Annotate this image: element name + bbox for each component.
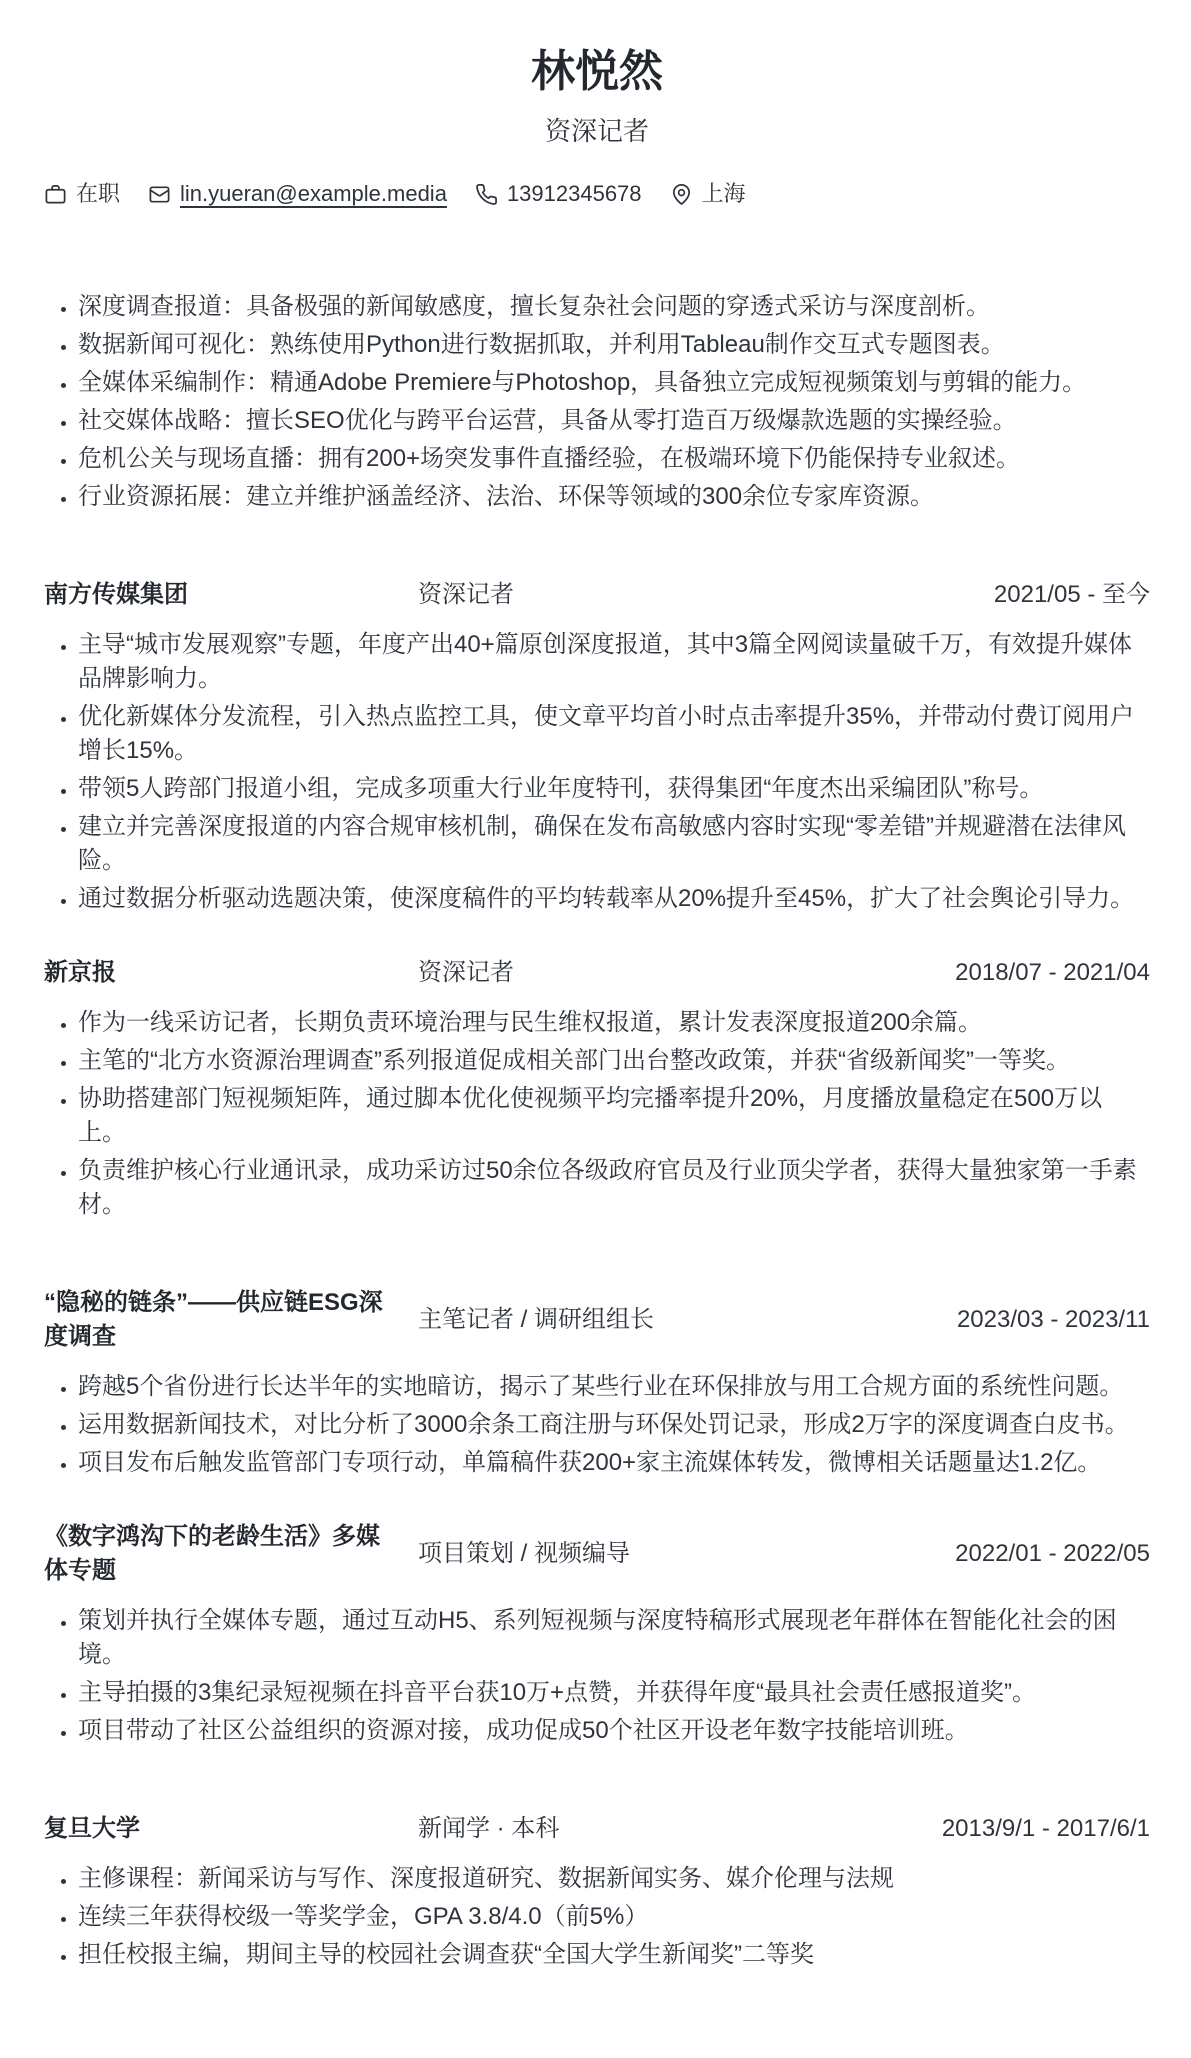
- project-entry: “隐秘的链条”——供应链ESG深度调查 主笔记者 / 调研组组长 2023/03…: [44, 1286, 1150, 1480]
- role-label: 资深记者: [400, 578, 994, 612]
- project-name: “隐秘的链条”——供应链ESG深度调查: [44, 1286, 400, 1354]
- phone-icon: [475, 183, 498, 206]
- education-entry: 复旦大学 新闻学 · 本科 2013/9/1 - 2017/6/1 主修课程：新…: [44, 1812, 1150, 1972]
- experience-bullets: 作为一线采访记者，长期负责环境治理与民生维权报道，累计发表深度报道200余篇。 …: [44, 1006, 1150, 1222]
- date-range: 2023/03 - 2023/11: [957, 1303, 1150, 1337]
- date-range: 2022/01 - 2022/05: [955, 1537, 1150, 1571]
- bullet-item: 建立并完善深度报道的内容合规审核机制，确保在发布高敏感内容时实现“零差错”并规避…: [78, 810, 1150, 878]
- entry-header: 《数字鸿沟下的老龄生活》多媒体专题 项目策划 / 视频编导 2022/01 - …: [44, 1520, 1150, 1588]
- employment-status: 在职: [44, 180, 120, 208]
- email-text: lin.yueran@example.media: [180, 180, 447, 208]
- candidate-job-title: 资深记者: [44, 114, 1150, 148]
- bullet-item: 连续三年获得校级一等奖学金，GPA 3.8/4.0（前5%）: [78, 1900, 1150, 1934]
- experience-entry: 南方传媒集团 资深记者 2021/05 - 至今 主导“城市发展观察”专题，年度…: [44, 578, 1150, 916]
- experience-section: 南方传媒集团 资深记者 2021/05 - 至今 主导“城市发展观察”专题，年度…: [44, 578, 1150, 1222]
- briefcase-icon: [44, 183, 67, 206]
- role-label: 项目策划 / 视频编导: [400, 1537, 955, 1571]
- bullet-item: 深度调查报道：具备极强的新闻敏感度，擅长复杂社会问题的穿透式采访与深度剖析。: [78, 290, 1150, 324]
- school-name: 复旦大学: [44, 1812, 400, 1846]
- bullet-item: 数据新闻可视化：熟练使用Python进行数据抓取，并利用Tableau制作交互式…: [78, 328, 1150, 362]
- bullet-item: 跨越5个省份进行长达半年的实地暗访，揭示了某些行业在环保排放与用工合规方面的系统…: [78, 1370, 1150, 1404]
- date-range: 2021/05 - 至今: [994, 578, 1150, 612]
- education-section: 复旦大学 新闻学 · 本科 2013/9/1 - 2017/6/1 主修课程：新…: [44, 1812, 1150, 1972]
- date-range: 2013/9/1 - 2017/6/1: [942, 1812, 1150, 1846]
- bullet-item: 项目发布后触发监管部门专项行动，单篇稿件获200+家主流媒体转发，微博相关话题量…: [78, 1446, 1150, 1480]
- bullet-item: 策划并执行全媒体专题，通过互动H5、系列短视频与深度特稿形式展现老年群体在智能化…: [78, 1604, 1150, 1672]
- role-label: 资深记者: [400, 956, 955, 990]
- bullet-item: 主笔的“北方水资源治理调查”系列报道促成相关部门出台整改政策，并获“省级新闻奖”…: [78, 1044, 1150, 1078]
- project-name: 《数字鸿沟下的老龄生活》多媒体专题: [44, 1520, 400, 1588]
- phone-number: 13912345678: [475, 180, 642, 208]
- bullet-item: 协助搭建部门短视频矩阵，通过脚本优化使视频平均完播率提升20%，月度播放量稳定在…: [78, 1082, 1150, 1150]
- contact-row: 在职 lin.yueran@example.media 13912345678: [44, 180, 1150, 208]
- location-text: 上海: [702, 180, 746, 208]
- bullet-item: 运用数据新闻技术，对比分析了3000余条工商注册与环保处罚记录，形成2万字的深度…: [78, 1408, 1150, 1442]
- education-bullets: 主修课程：新闻采访与写作、深度报道研究、数据新闻实务、媒介伦理与法规 连续三年获…: [44, 1862, 1150, 1972]
- candidate-name: 林悦然: [44, 44, 1150, 100]
- date-range: 2018/07 - 2021/04: [955, 956, 1150, 990]
- project-entry: 《数字鸿沟下的老龄生活》多媒体专题 项目策划 / 视频编导 2022/01 - …: [44, 1520, 1150, 1748]
- location: 上海: [670, 180, 746, 208]
- summary-section: 深度调查报道：具备极强的新闻敏感度，擅长复杂社会问题的穿透式采访与深度剖析。 数…: [44, 290, 1150, 514]
- email-link[interactable]: lin.yueran@example.media: [148, 180, 447, 208]
- role-label: 主笔记者 / 调研组组长: [400, 1303, 957, 1337]
- bullet-item: 优化新媒体分发流程，引入热点监控工具，使文章平均首小时点击率提升35%，并带动付…: [78, 700, 1150, 768]
- summary-list: 深度调查报道：具备极强的新闻敏感度，擅长复杂社会问题的穿透式采访与深度剖析。 数…: [44, 290, 1150, 514]
- company-name: 新京报: [44, 956, 400, 990]
- bullet-item: 危机公关与现场直播：拥有200+场突发事件直播经验，在极端环境下仍能保持专业叙述…: [78, 442, 1150, 476]
- bullet-item: 主导“城市发展观察”专题，年度产出40+篇原创深度报道，其中3篇全网阅读量破千万…: [78, 628, 1150, 696]
- entry-header: 南方传媒集团 资深记者 2021/05 - 至今: [44, 578, 1150, 612]
- mail-icon: [148, 183, 171, 206]
- location-pin-icon: [670, 183, 693, 206]
- bullet-item: 全媒体采编制作：精通Adobe Premiere与Photoshop，具备独立完…: [78, 366, 1150, 400]
- project-bullets: 跨越5个省份进行长达半年的实地暗访，揭示了某些行业在环保排放与用工合规方面的系统…: [44, 1370, 1150, 1480]
- projects-section: “隐秘的链条”——供应链ESG深度调查 主笔记者 / 调研组组长 2023/03…: [44, 1286, 1150, 1748]
- bullet-item: 作为一线采访记者，长期负责环境治理与民生维权报道，累计发表深度报道200余篇。: [78, 1006, 1150, 1040]
- bullet-item: 主导拍摄的3集纪录短视频在抖音平台获10万+点赞，并获得年度“最具社会责任感报道…: [78, 1676, 1150, 1710]
- phone-text: 13912345678: [507, 180, 642, 208]
- degree-label: 新闻学 · 本科: [400, 1812, 942, 1846]
- experience-bullets: 主导“城市发展观察”专题，年度产出40+篇原创深度报道，其中3篇全网阅读量破千万…: [44, 628, 1150, 916]
- experience-entry: 新京报 资深记者 2018/07 - 2021/04 作为一线采访记者，长期负责…: [44, 956, 1150, 1222]
- bullet-item: 通过数据分析驱动选题决策，使深度稿件的平均转载率从20%提升至45%，扩大了社会…: [78, 882, 1150, 916]
- entry-header: “隐秘的链条”——供应链ESG深度调查 主笔记者 / 调研组组长 2023/03…: [44, 1286, 1150, 1354]
- entry-header: 复旦大学 新闻学 · 本科 2013/9/1 - 2017/6/1: [44, 1812, 1150, 1846]
- company-name: 南方传媒集团: [44, 578, 400, 612]
- bullet-item: 主修课程：新闻采访与写作、深度报道研究、数据新闻实务、媒介伦理与法规: [78, 1862, 1150, 1896]
- resume-page: 林悦然 资深记者 在职 lin.yueran@example.media: [0, 0, 1191, 2058]
- bullet-item: 带领5人跨部门报道小组，完成多项重大行业年度特刊，获得集团“年度杰出采编团队”称…: [78, 772, 1150, 806]
- resume-header: 林悦然 资深记者 在职 lin.yueran@example.media: [44, 44, 1150, 208]
- project-bullets: 策划并执行全媒体专题，通过互动H5、系列短视频与深度特稿形式展现老年群体在智能化…: [44, 1604, 1150, 1748]
- entry-header: 新京报 资深记者 2018/07 - 2021/04: [44, 956, 1150, 990]
- bullet-item: 行业资源拓展：建立并维护涵盖经济、法治、环保等领域的300余位专家库资源。: [78, 480, 1150, 514]
- bullet-item: 项目带动了社区公益组织的资源对接，成功促成50个社区开设老年数字技能培训班。: [78, 1714, 1150, 1748]
- bullet-item: 担任校报主编，期间主导的校园社会调查获“全国大学生新闻奖”二等奖: [78, 1938, 1150, 1972]
- employment-status-label: 在职: [76, 180, 120, 208]
- bullet-item: 负责维护核心行业通讯录，成功采访过50余位各级政府官员及行业顶尖学者，获得大量独…: [78, 1154, 1150, 1222]
- bullet-item: 社交媒体战略：擅长SEO优化与跨平台运营，具备从零打造百万级爆款选题的实操经验。: [78, 404, 1150, 438]
